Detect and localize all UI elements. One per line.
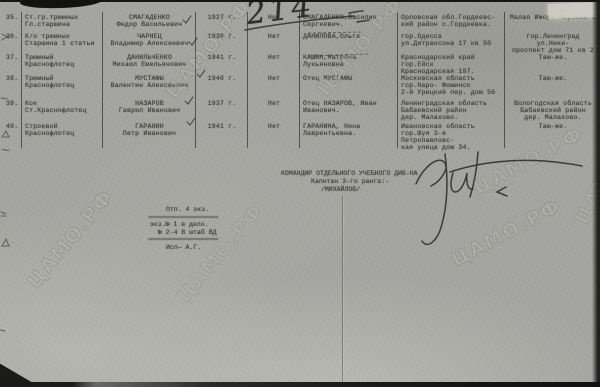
address-cell: Московская область гор.Наро- Фоминск 2-й… xyxy=(398,73,505,98)
archive-watermark: ЦАМО.РФ xyxy=(448,195,566,271)
signature xyxy=(416,152,582,244)
birth-year-cell: 1938 г. xyxy=(196,31,248,52)
rank-cell: Трюмный Краснофлотец xyxy=(22,73,103,98)
row-number: 35. xyxy=(0,12,22,31)
address-cell: Ленинградская область Бабаевский район д… xyxy=(398,98,505,121)
scanned-archival-document: 35. Ст.гр.трюмных Гл.старшина СМАГАДЕНКО… xyxy=(0,0,600,387)
address2-cell: Там-же. xyxy=(505,121,600,148)
row-number: 38. xyxy=(0,73,22,98)
name-cell: НАЗАРОВ Гаврил Иванович xyxy=(103,98,196,121)
address2-cell: гор.Ленинград ул.Ники- проспект дом 71 к… xyxy=(505,31,600,52)
separator-line: ======================== xyxy=(148,214,273,222)
executor-line: Исп— А.Г. xyxy=(166,244,273,252)
address2-cell: Вологодская область Бабаевский район дер… xyxy=(505,98,600,121)
name-cell: ЧАРНЕЦ Владимир Алексеевич xyxy=(103,31,196,52)
party-cell: Нет xyxy=(248,121,300,148)
birth-year-cell: 1940 г. xyxy=(196,73,248,98)
birth-year-cell: 1941 г. xyxy=(196,52,248,73)
birth-year-cell: 1927 г. xyxy=(196,12,248,31)
row-number: 37. xyxy=(0,52,22,73)
archive-watermark: ЦАМО.РФ xyxy=(23,185,118,292)
relatives-cell: Отец МУСТАФЫ xyxy=(300,73,398,98)
party-cell: Нет xyxy=(248,31,300,52)
distribution-block: Отп. 4 экз. ======================== экз… xyxy=(148,206,273,252)
row-number: 36. xyxy=(0,31,22,52)
name-cell: СМАГАДЕНКО Федор Васильевич xyxy=(103,12,196,31)
signoff-name: /МИХАЙЛОВ/ xyxy=(321,186,471,194)
fold-crease xyxy=(342,196,343,387)
address-cell: Орловская обл.Гордеевс- кий район с.Горд… xyxy=(398,12,505,31)
relatives-cell: Отец НАЗАРОВ, Иван Иванович. xyxy=(300,98,398,121)
rank-cell: К/о трюмных Старшина 1 статьи xyxy=(22,31,103,52)
scan-edge-right xyxy=(592,0,600,387)
separator-line: ======================== xyxy=(148,236,273,244)
row-number: 39. xyxy=(0,98,22,121)
scan-edge-bottom xyxy=(0,382,600,387)
signoff-title: КОМАНДИР ОТДЕЛЬНОГО УЧЕБНОГО ДИВ-НА xyxy=(281,170,471,178)
relatives-cell: КАШИН,Матрена Лукьяновна xyxy=(300,52,398,73)
rank-cell: Строевой Краснофлотец xyxy=(22,121,103,148)
light-paper-patch xyxy=(548,2,596,19)
address-cell: гор.Одесса ул.Дитраксона 17 кв 50 xyxy=(398,31,505,52)
relatives-cell: ГАРАНИНА, Нина Лаврентьевна. xyxy=(300,121,398,148)
copy1-line: экз.№ 1 в дело. xyxy=(150,221,273,229)
address-cell: Ивановская область гор.Шуя 3-я Петропавл… xyxy=(398,121,505,148)
birth-year-cell: 1941 г. xyxy=(196,121,248,148)
birth-year-cell: 1937 г. xyxy=(196,98,248,121)
rank-cell: Ст.гр.трюмных Гл.старшина xyxy=(22,12,103,31)
address-cell: Краснодарский край гор.Ейск Краснодарска… xyxy=(398,52,505,73)
signoff-rank: Капитан 3-го ранга:- xyxy=(311,178,471,186)
party-cell: Нет xyxy=(248,98,300,121)
party-cell: Нет xyxy=(248,73,300,98)
signoff-block: КОМАНДИР ОТДЕЛЬНОГО УЧЕБНОГО ДИВ-НА Капи… xyxy=(281,170,471,194)
copies-line: Отп. 4 экз. xyxy=(166,206,273,214)
row-number: 40. xyxy=(0,121,22,148)
personnel-table: 35. Ст.гр.трюмных Гл.старшина СМАГАДЕНКО… xyxy=(0,12,600,148)
party-cell: Нет xyxy=(248,52,300,73)
address2-cell: Там-же. xyxy=(505,73,600,98)
name-cell: МУСТАФЫ Валентин Алексеевич xyxy=(103,73,196,98)
name-cell: ГАРАНИН Петр Иванович xyxy=(103,121,196,148)
relatives-cell: ДАНИЛОВА,Ольга xyxy=(300,31,398,52)
rank-cell: Трюмный Краснофлотец xyxy=(22,52,103,73)
name-cell: ДАНИЛЬЧЕНКО Михаил Емельянович xyxy=(103,52,196,73)
rank-cell: Кок Ст.Краснофлотец xyxy=(22,98,103,121)
address2-cell: Там-же. xyxy=(505,52,600,73)
